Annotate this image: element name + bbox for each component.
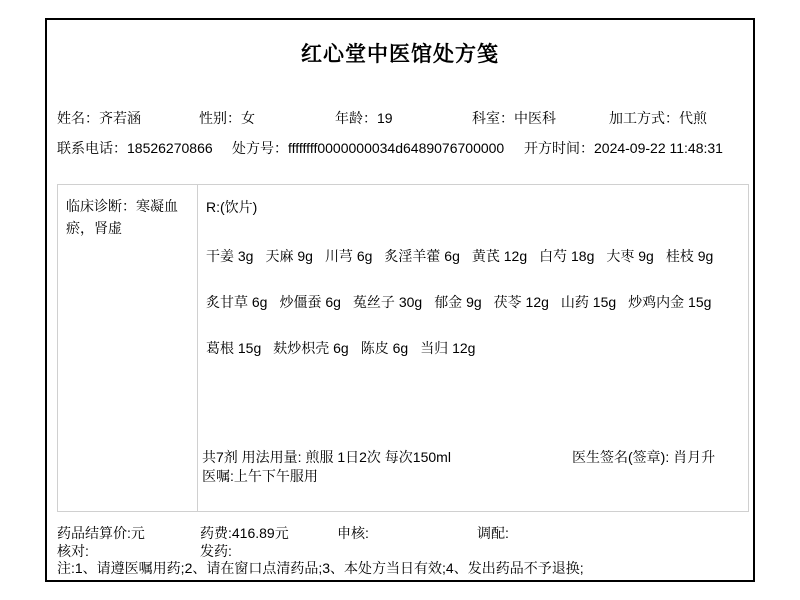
review-field: 申核: — [337, 525, 477, 542]
settlement-price-value: 元 — [131, 525, 145, 541]
footer-note: 注:1、请遵医嘱用药;2、请在窗口点清药品;3、本处方当日有效;4、发出药品不予… — [57, 560, 745, 577]
issue-time-label: 开方时间： — [524, 140, 594, 156]
medicine-item: 川芎 6g — [325, 246, 372, 266]
doctor-advice-line: 医嘱:上午下午服用 — [202, 467, 572, 486]
phone-value: 18526270866 — [127, 140, 213, 156]
contact-info-row: 联系电话：18526270866 处方号：ffffffff0000000034d… — [57, 139, 745, 157]
medicine-item: 当归 12g — [420, 338, 475, 358]
medicine-line: 葛根 15g麸炒枳壳 6g陈皮 6g当归 12g — [206, 338, 738, 358]
medicine-line: 炙甘草 6g炒僵蚕 6g菟丝子 30g郁金 9g茯苓 12g山药 15g炒鸡内金… — [206, 292, 738, 312]
clinical-diagnosis-label: 临床诊断： — [66, 198, 136, 214]
issue-time-value: 2024-09-22 11:48:31 — [594, 140, 723, 156]
prescription-detail-cell: R:(饮片) 干姜 3g天麻 9g川芎 6g炙淫羊藿 6g黄芪 12g白芍 18… — [198, 185, 748, 511]
medicine-item: 菟丝子 30g — [353, 292, 422, 312]
department-field: 科室：中医科 — [472, 109, 609, 127]
medicine-item: 葛根 15g — [206, 338, 261, 358]
department-label: 科室： — [472, 110, 514, 126]
doctor-signature-block: 医生签名(签章): 肖月升 — [572, 448, 732, 467]
medicine-item: 陈皮 6g — [361, 338, 408, 358]
medicine-item: 干姜 3g — [206, 246, 253, 266]
review-label: 申核: — [337, 525, 369, 541]
check-label: 核对: — [57, 543, 89, 559]
prescription-body-box: 临床诊断：寒凝血瘀，肾虚 R:(饮片) 干姜 3g天麻 9g川芎 6g炙淫羊藿 … — [57, 184, 749, 512]
medicine-item: 黄芪 12g — [472, 246, 527, 266]
medicine-item: 炙甘草 6g — [206, 292, 267, 312]
medicine-fee-field: 药费:416.89元 — [200, 525, 337, 542]
medicine-item: 炒鸡内金 15g — [628, 292, 711, 312]
medicine-item: 白芍 18g — [539, 246, 594, 266]
medicine-fee-value: 416.89元 — [232, 525, 289, 541]
dispense-label: 发药: — [200, 543, 232, 559]
processing-method-field: 加工方式：代煎 — [609, 109, 745, 127]
usage-dosage-line: 共7剂 用法用量: 煎服 1日2次 每次150ml — [202, 448, 572, 467]
dispense-prep-field: 调配: — [477, 525, 745, 542]
clinical-diagnosis-cell: 临床诊断：寒凝血瘀，肾虚 — [58, 185, 198, 511]
medicine-item: 桂枝 9g — [666, 246, 713, 266]
phone-label: 联系电话： — [57, 140, 127, 156]
patient-age-field: 年龄：19 — [335, 109, 472, 127]
dispense-prep-label: 调配: — [477, 525, 509, 541]
settlement-price-label: 药品结算价: — [57, 525, 131, 541]
doctor-signature-label: 医生签名(签章): — [572, 449, 673, 465]
patient-age-label: 年龄： — [335, 110, 377, 126]
rx-number-field: 处方号：ffffffff0000000034d6489076700000 — [232, 139, 524, 157]
medicine-item: 郁金 9g — [434, 292, 481, 312]
processing-method-label: 加工方式： — [609, 110, 679, 126]
prescription-sheet: 红心堂中医馆处方笺 姓名：齐若涵 性别：女 年龄：19 科室：中医科 加工方式：… — [0, 0, 800, 600]
medicine-item: 大枣 9g — [606, 246, 653, 266]
rx-number-value: ffffffff0000000034d6489076700000 — [288, 140, 504, 156]
medicine-line: 干姜 3g天麻 9g川芎 6g炙淫羊藿 6g黄芪 12g白芍 18g大枣 9g桂… — [206, 246, 738, 266]
usage-signature-row: 共7剂 用法用量: 煎服 1日2次 每次150ml 医嘱:上午下午服用 医生签名… — [202, 448, 742, 486]
medicine-fee-label: 药费: — [200, 525, 232, 541]
medicine-item: 天麻 9g — [265, 246, 312, 266]
check-field: 核对: — [57, 543, 200, 560]
patient-gender-value: 女 — [241, 110, 255, 126]
doctor-signature-value: 肖月升 — [673, 449, 715, 465]
medicine-item: 麸炒枳壳 6g — [273, 338, 348, 358]
medicine-item: 炙淫羊藿 6g — [384, 246, 459, 266]
medicine-item: 茯苓 12g — [494, 292, 549, 312]
medicine-item: 炒僵蚕 6g — [279, 292, 340, 312]
rx-number-label: 处方号： — [232, 140, 288, 156]
settlement-row-1: 药品结算价:元 药费:416.89元 申核: 调配: — [57, 525, 745, 542]
phone-field: 联系电话：18526270866 — [57, 139, 232, 157]
patient-name-value: 齐若涵 — [99, 110, 141, 126]
settlement-row-2: 核对: 发药: — [57, 543, 745, 560]
rx-header: R:(饮片) — [206, 197, 738, 217]
settlement-price-field: 药品结算价:元 — [57, 525, 200, 542]
patient-name-label: 姓名： — [57, 110, 99, 126]
department-value: 中医科 — [514, 110, 556, 126]
patient-gender-label: 性别： — [199, 110, 241, 126]
processing-method-value: 代煎 — [679, 110, 707, 126]
patient-name-field: 姓名：齐若涵 — [57, 109, 199, 127]
patient-info-row: 姓名：齐若涵 性别：女 年龄：19 科室：中医科 加工方式：代煎 — [57, 109, 745, 127]
patient-age-value: 19 — [377, 110, 393, 126]
patient-gender-field: 性别：女 — [199, 109, 335, 127]
prescription-border-box: 红心堂中医馆处方笺 姓名：齐若涵 性别：女 年龄：19 科室：中医科 加工方式：… — [45, 18, 755, 582]
medicine-item: 山药 15g — [561, 292, 616, 312]
page-title: 红心堂中医馆处方笺 — [47, 38, 753, 68]
usage-block: 共7剂 用法用量: 煎服 1日2次 每次150ml 医嘱:上午下午服用 — [202, 448, 572, 486]
dispense-field: 发药: — [200, 543, 745, 560]
issue-time-field: 开方时间：2024-09-22 11:48:31 — [524, 139, 745, 157]
